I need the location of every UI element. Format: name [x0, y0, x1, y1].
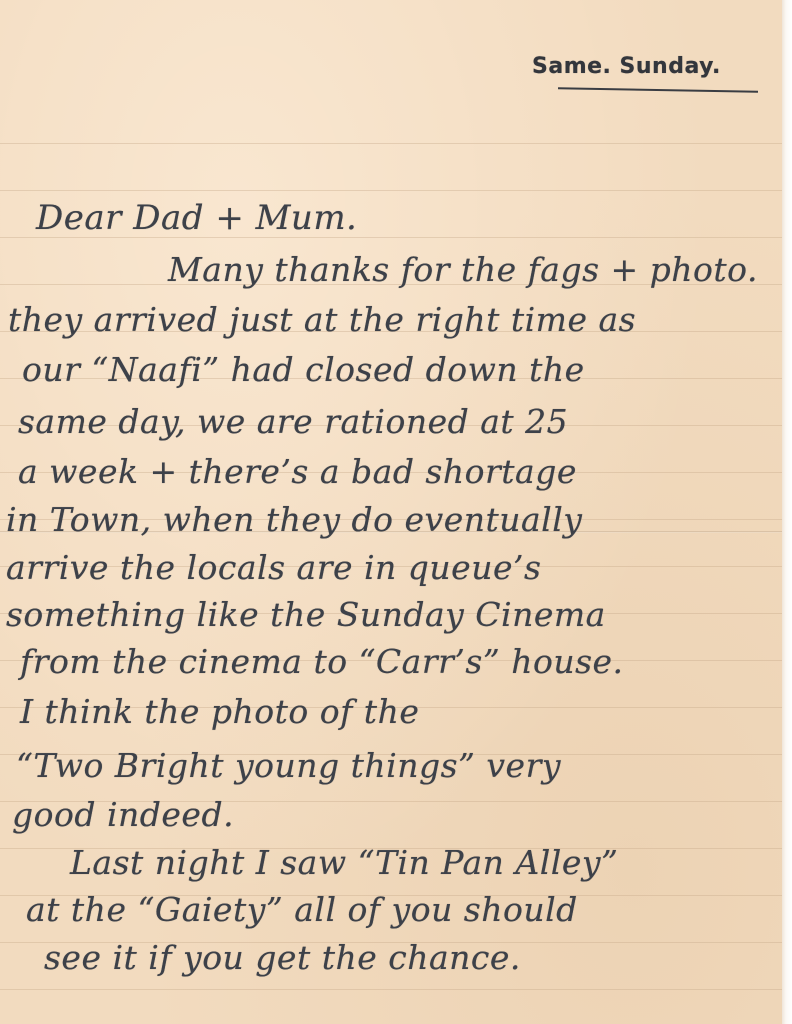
ruled-line	[0, 190, 782, 191]
dateline: Same. Sunday.	[532, 54, 721, 79]
letter-line: see it if you get the chance.	[44, 938, 521, 977]
letter-line: I think the photo of the	[20, 692, 419, 731]
ruled-line	[0, 989, 782, 990]
letter-line: from the cinema to “Carr’s” house.	[20, 642, 624, 681]
letter-line: Last night I saw “Tin Pan Alley”	[70, 843, 618, 882]
ruled-line	[0, 143, 782, 144]
letter-line: at the “Gaiety” all of you should	[26, 890, 578, 929]
dateline-underline	[558, 87, 758, 92]
letter-line: “Two Bright young things” very	[16, 746, 561, 785]
letter-line: they arrived just at the right time as	[8, 300, 636, 339]
salutation: Dear Dad + Mum.	[36, 198, 357, 238]
letter-line: something like the Sunday Cinema	[6, 595, 606, 634]
letter-line: arrive the locals are in queue’s	[6, 548, 541, 587]
letter-line: good indeed.	[12, 795, 234, 834]
letter-line: in Town, when they do eventually	[6, 500, 582, 539]
letter-line: a week + there’s a bad shortage	[18, 452, 577, 491]
letter-page: Same. Sunday. Dear Dad + Mum. Many thank…	[0, 0, 792, 1024]
letter-line: Many thanks for the fags + photo.	[168, 250, 758, 289]
paper-edge	[782, 0, 792, 1024]
letter-line: our “Naafi” had closed down the	[22, 350, 585, 389]
letter-line: same day, we are rationed at 25	[18, 402, 568, 441]
